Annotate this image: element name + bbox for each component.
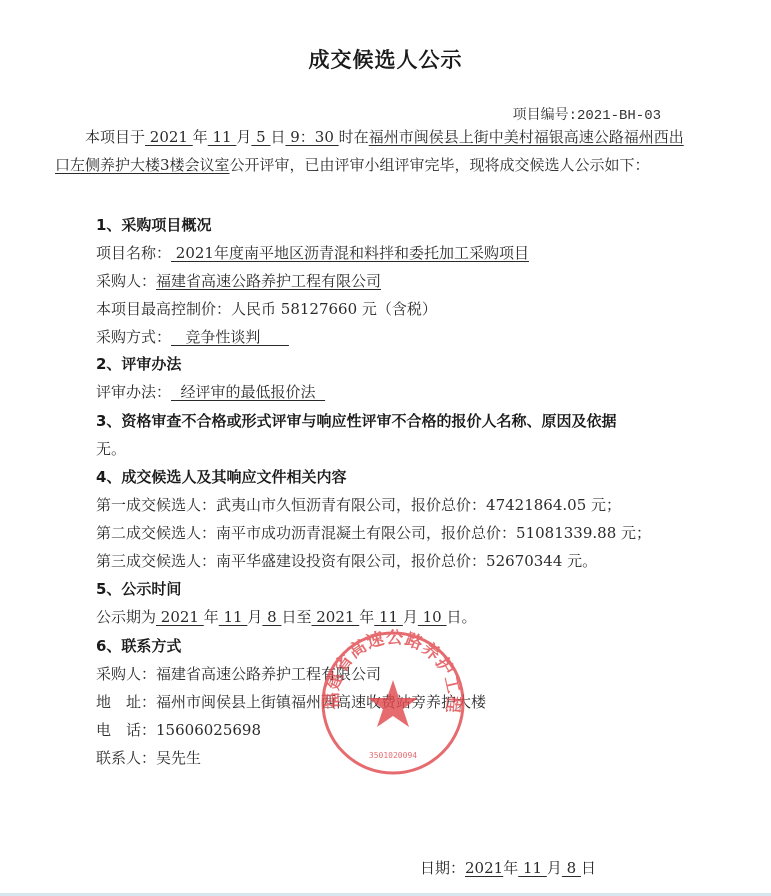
eval-method-row: 评审办法： 经评审的最低报价法 bbox=[96, 381, 325, 402]
section5-heading: 5、公示时间 bbox=[96, 578, 181, 599]
phone-row: 电 话：15606025698 bbox=[96, 719, 261, 740]
phone-label: 电 话： bbox=[96, 721, 156, 739]
date-year: 2021 bbox=[465, 859, 503, 877]
address-row: 地 址：福州市闽侯县上街镇福州西高速收费站旁养护大楼 bbox=[96, 691, 486, 712]
month-char: 月 bbox=[403, 608, 418, 626]
date-day: 8 bbox=[562, 859, 581, 877]
document-page: 成交候选人公示 项目编号:2021-BH-03 本项目于 2021 年 11 月… bbox=[0, 0, 771, 893]
contact-buyer-label: 采购人： bbox=[96, 665, 156, 683]
buyer-value: 福建省高速公路养护工程有限公司 bbox=[156, 272, 381, 290]
section1-heading: 1、采购项目概况 bbox=[96, 214, 211, 235]
project-number-value: 2021-BH-03 bbox=[577, 108, 661, 124]
day-end-char: 日。 bbox=[447, 608, 477, 626]
phone-value: 15606025698 bbox=[156, 721, 261, 739]
candidate-rank: 第三成交候选人： bbox=[96, 552, 216, 570]
project-name-row: 项目名称： 2021年度南平地区沥青混和料拌和委托加工采购项目 bbox=[96, 242, 529, 263]
candidate-price: 52670344 bbox=[486, 552, 562, 570]
time-char: 时在 bbox=[339, 128, 369, 146]
project-number: 项目编号:2021-BH-03 bbox=[513, 104, 661, 124]
candidate-suffix: 元。 bbox=[562, 552, 597, 570]
eval-year: 2021 bbox=[145, 128, 193, 146]
candidate-company: 武夷山市久恒沥青有限公司 bbox=[216, 496, 396, 514]
candidate-price-label: ，报价总价： bbox=[396, 552, 486, 570]
section3-heading: 3、资格审查不合格或形式评审与响应性评审不合格的报价人名称、原因及依据 bbox=[96, 410, 616, 431]
eval-time: 9：30 bbox=[286, 128, 339, 146]
candidate-price-label: ，报价总价： bbox=[396, 496, 486, 514]
year-char: 年 bbox=[193, 128, 208, 146]
contact-buyer-value: 福建省高速公路养护工程有限公司 bbox=[156, 665, 381, 683]
candidate-price: 51081339.88 bbox=[516, 524, 616, 542]
intro-text: 本项目于 bbox=[85, 128, 145, 146]
candidate-price: 47421864.05 bbox=[486, 496, 586, 514]
date-label: 日期： bbox=[420, 859, 465, 877]
candidate-suffix: 元； bbox=[586, 496, 621, 514]
section6-heading: 6、联系方式 bbox=[96, 635, 181, 656]
candidate-company: 南平市成功沥青混凝土有限公司 bbox=[216, 524, 426, 542]
end-month: 11 bbox=[374, 608, 403, 626]
section3-value: 无。 bbox=[96, 438, 126, 459]
stamp-code: 3501020094 bbox=[369, 751, 417, 760]
footer-date: 日期：2021年 11 月 8 日 bbox=[420, 857, 596, 878]
page-title: 成交候选人公示 bbox=[0, 44, 771, 74]
contact-person-label: 联系人： bbox=[96, 749, 156, 767]
candidate-row: 第一成交候选人：武夷山市久恒沥青有限公司，报价总价：47421864.05 元； bbox=[96, 494, 621, 515]
project-name-value: 2021年度南平地区沥青混和料拌和委托加工采购项目 bbox=[171, 244, 529, 262]
address-label: 地 址： bbox=[96, 693, 156, 711]
month-char: 月 bbox=[547, 859, 562, 877]
candidate-price-label: ，报价总价： bbox=[426, 524, 516, 542]
day-to-char: 日至 bbox=[281, 608, 311, 626]
contact-buyer-row: 采购人：福建省高速公路养护工程有限公司 bbox=[96, 663, 381, 684]
method-row: 采购方式： 竞争性谈判 bbox=[96, 326, 289, 347]
year-char: 年 bbox=[503, 859, 518, 877]
end-day: 10 bbox=[418, 608, 447, 626]
intro-rest: 公开评审，已由评审小组评审完毕，现将成交候选人公示如下： bbox=[230, 156, 650, 174]
max-price-value: 人民币 58127660 元（含税） bbox=[231, 300, 437, 318]
max-price-row: 本项目最高控制价：人民币 58127660 元（含税） bbox=[96, 298, 437, 319]
section4-heading: 4、成交候选人及其响应文件相关内容 bbox=[96, 466, 346, 487]
candidate-row: 第三成交候选人：南平华盛建设投资有限公司，报价总价：52670344 元。 bbox=[96, 550, 597, 571]
start-day: 8 bbox=[262, 608, 281, 626]
year-char: 年 bbox=[359, 608, 374, 626]
end-year: 2021 bbox=[312, 608, 360, 626]
candidate-suffix: 元； bbox=[616, 524, 651, 542]
candidate-company: 南平华盛建设投资有限公司 bbox=[216, 552, 396, 570]
buyer-row: 采购人：福建省高速公路养护工程有限公司 bbox=[96, 270, 381, 291]
start-year: 2021 bbox=[156, 608, 204, 626]
candidate-row: 第二成交候选人：南平市成功沥青混凝土有限公司，报价总价：51081339.88 … bbox=[96, 522, 651, 543]
date-month: 11 bbox=[518, 859, 547, 877]
project-name-label: 项目名称： bbox=[96, 244, 171, 262]
candidate-rank: 第二成交候选人： bbox=[96, 524, 216, 542]
intro-paragraph: 本项目于 2021 年 11 月 5 日 9：30 时在福州市闽侯县上街中美村福… bbox=[55, 123, 691, 179]
contact-person-row: 联系人：吴先生 bbox=[96, 747, 201, 768]
contact-person-value: 吴先生 bbox=[156, 749, 201, 767]
max-price-label: 本项目最高控制价： bbox=[96, 300, 231, 318]
month-char: 月 bbox=[236, 128, 251, 146]
buyer-label: 采购人： bbox=[96, 272, 156, 290]
eval-method-value: 经评审的最低报价法 bbox=[171, 383, 325, 401]
method-value: 竞争性谈判 bbox=[171, 328, 289, 346]
eval-month: 11 bbox=[208, 128, 237, 146]
eval-method-label: 评审办法： bbox=[96, 383, 171, 401]
eval-day: 5 bbox=[251, 128, 270, 146]
section2-heading: 2、评审办法 bbox=[96, 353, 181, 374]
month-char: 月 bbox=[247, 608, 262, 626]
candidate-rank: 第一成交候选人： bbox=[96, 496, 216, 514]
publicity-period-row: 公示期为 2021 年 11 月 8 日至 2021 年 11 月 10 日。 bbox=[96, 606, 477, 627]
year-char: 年 bbox=[204, 608, 219, 626]
address-value: 福州市闽侯县上街镇福州西高速收费站旁养护大楼 bbox=[156, 693, 486, 711]
day-char: 日 bbox=[270, 128, 285, 146]
publicity-prefix: 公示期为 bbox=[96, 608, 156, 626]
project-number-label: 项目编号: bbox=[513, 108, 577, 124]
day-char: 日 bbox=[581, 859, 596, 877]
start-month: 11 bbox=[219, 608, 248, 626]
method-label: 采购方式： bbox=[96, 328, 171, 346]
